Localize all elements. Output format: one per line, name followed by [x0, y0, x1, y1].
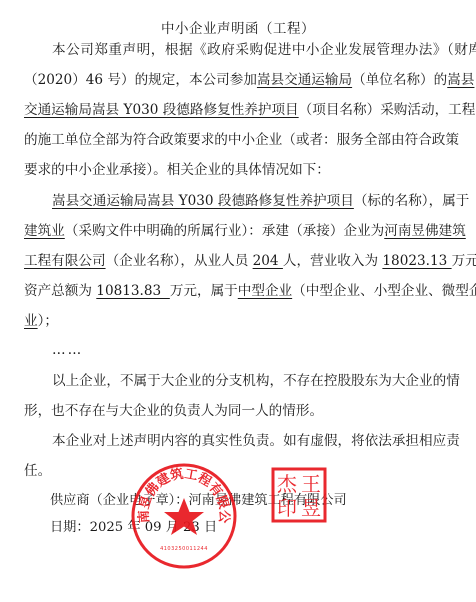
para2-line3: 工程有限公司（企业名称），从业人员 204 人，营业收入为 18023.13 万…	[24, 252, 454, 270]
enterprise-type: 中型企业	[238, 283, 292, 299]
date-label: 日期：	[50, 520, 90, 535]
company-name-start: 河南昱佛建筑	[384, 223, 466, 239]
text: ）；	[38, 313, 58, 329]
para1-line3: 交通运输局嵩县 Y030 段德路修复性养护项目（项目名称）采购活动，工程	[24, 101, 454, 119]
svg-text:杰: 杰	[277, 472, 298, 496]
svg-text:昱: 昱	[301, 496, 321, 520]
project-name: 交通运输局嵩县 Y030 段德路修复性养护项目	[24, 102, 299, 118]
para3-line1: 以上企业，不属于大企业的分支机构，不存在控股股东为大企业的情	[24, 372, 454, 390]
para2-line4: 资产总额为 10813.83 万元，属于中型企业（中型企业、小型企业、微型企	[24, 282, 454, 300]
text: （项目名称）采购活动，工程	[299, 102, 476, 118]
para1-line2: （2020）46 号）的规定，本公司参加嵩县交通运输局（单位名称）的嵩县	[24, 71, 454, 89]
para2-line2: 建筑业（采购文件中明确的所属行业）：承建（承接）企业为河南昱佛建筑	[24, 222, 454, 240]
para2-line1: 嵩县交通运输局嵩县 Y030 段德路修复性养护项目（标的名称），属于	[24, 192, 454, 210]
text: （企业名称），从业人员	[106, 253, 253, 269]
subject-name: 嵩县交通运输局嵩县 Y030 段德路修复性养护项目	[52, 193, 354, 209]
text: 资产总额为	[24, 283, 96, 299]
industry: 建筑业	[24, 223, 65, 239]
text: 万元，	[452, 253, 476, 269]
text: 人，营业收入为	[283, 253, 382, 269]
para4-line2: 任。	[24, 462, 454, 480]
text: （采购文件中明确的所属行业）：承建（承接）企业为	[65, 223, 384, 239]
text: （中型企业、小型企业、微型企	[292, 283, 476, 299]
para4-line1: 本企业对上述声明内容的真实性负责。如有虚假，将依法承担相应责	[24, 432, 454, 450]
text: 万元，属于	[170, 283, 238, 299]
para1-line5: 要求的中小企业承接）。相关企业的具体情况如下：	[24, 161, 454, 179]
ellipsis: ……	[24, 341, 476, 359]
personal-seal-icon: 王 昱 杰 印	[271, 467, 327, 523]
para1-line1: 本公司郑重声明，根据《政府采购促进中小企业发展管理办法》（财库	[24, 41, 476, 59]
text: 业	[24, 313, 38, 329]
text: （2020）46 号）的规定，本公司参加	[24, 72, 257, 88]
purchaser-name: 嵩县交通运输局	[257, 72, 352, 88]
svg-text:印: 印	[277, 496, 297, 520]
document-page: 中小企业声明函（工程） 本公司郑重声明，根据《政府采购促进中小企业发展管理办法》…	[0, 0, 476, 602]
text: （单位名称）的	[352, 72, 447, 88]
document-title: 中小企业声明函（工程）	[0, 17, 476, 37]
para1-line4: 的施工单位全部为符合政策要求的中小企业（或者：服务全部由符合政策	[24, 131, 454, 149]
text: （标的名称），属于	[354, 193, 470, 209]
svg-text:王: 王	[301, 472, 321, 496]
company-name: 工程有限公司	[24, 253, 106, 269]
project-name-start: 嵩县	[447, 72, 474, 88]
para2-line5: 业）；	[24, 312, 454, 330]
revenue: 18023.13	[382, 253, 451, 269]
svg-text:4103250011244: 4103250011244	[160, 546, 208, 552]
para3-line2: 形，也不存在与大企业的负责人为同一人的情形。	[24, 402, 454, 420]
employee-count: 204	[253, 253, 283, 269]
company-seal-icon: 河南昱佛建筑工程有限公司 4103250011244	[130, 462, 238, 570]
total-assets: 10813.83	[96, 283, 170, 299]
